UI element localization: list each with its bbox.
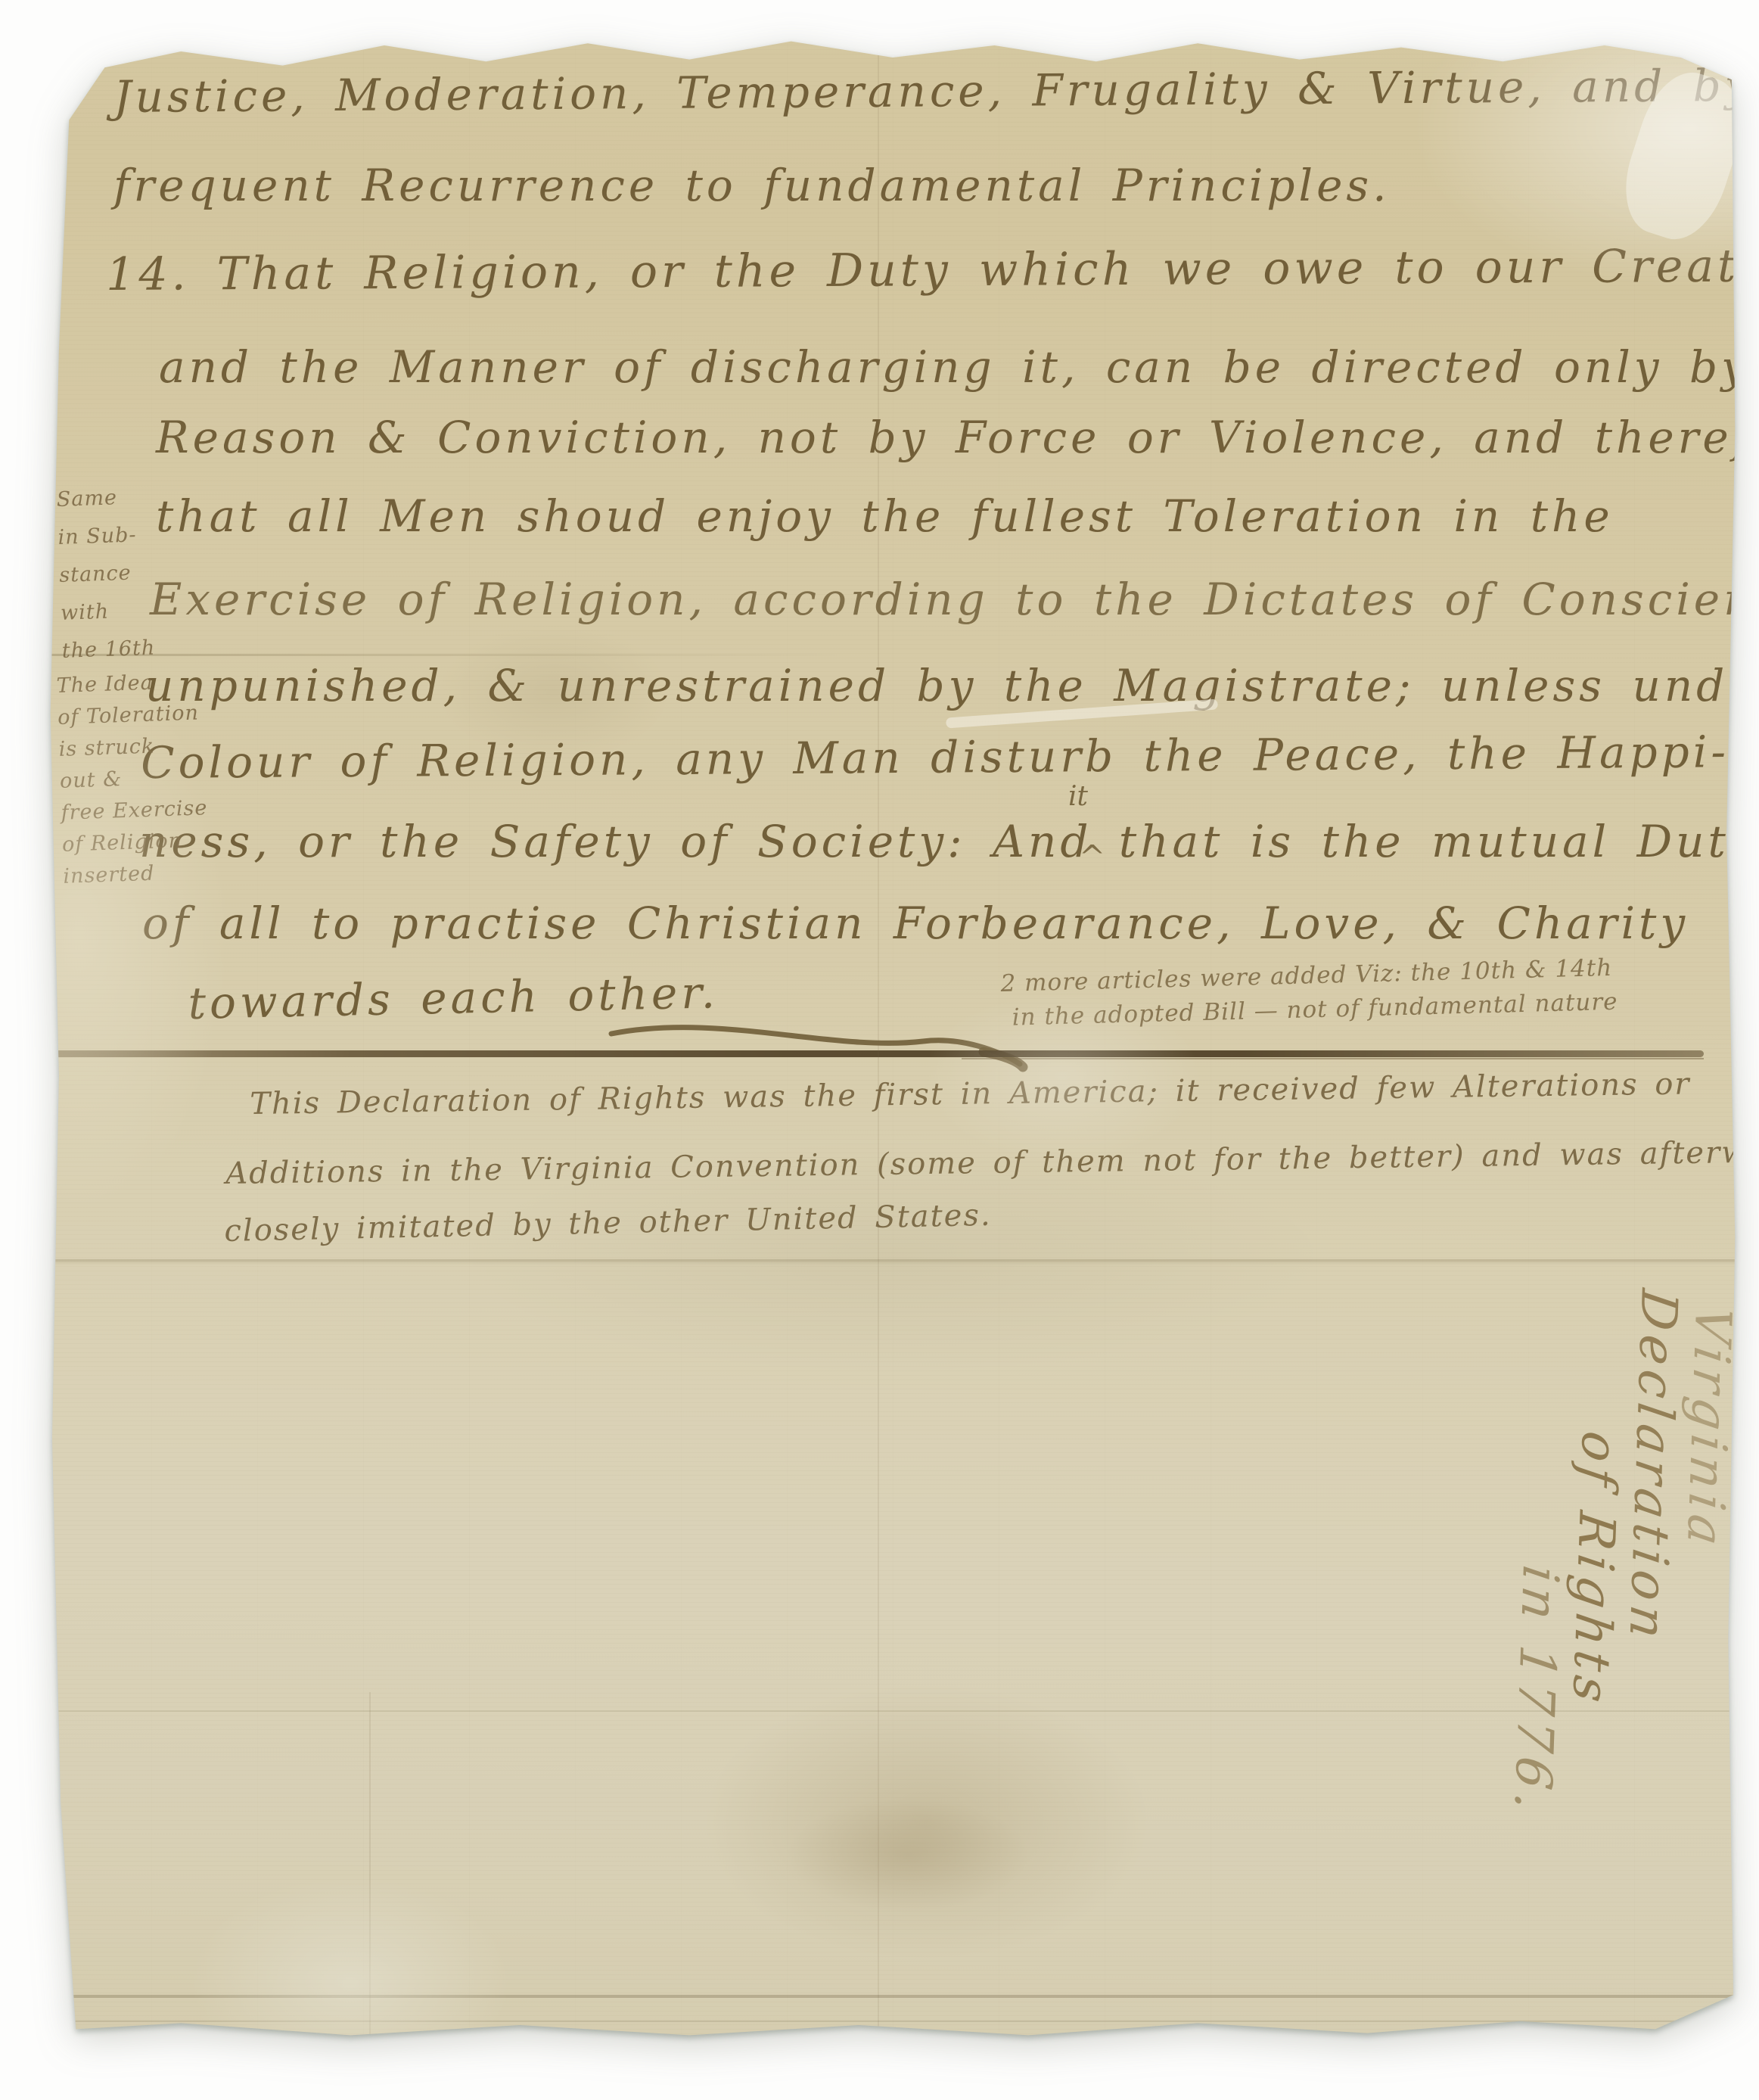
added-articles-note: 2 more articles were added Viz: the 10th… <box>1000 951 1618 1035</box>
docket-title: Virginia Declaration of Rights in 1776. <box>1497 1277 1741 1769</box>
margin-note-toleration: The Idea of Toleration is struck out & f… <box>56 665 210 893</box>
caret-inserted-word: it <box>1068 781 1088 812</box>
margin-note-line: the 16th <box>61 630 156 670</box>
margin-note-line: is struck <box>58 729 206 766</box>
manuscript-line: frequent Recurrence to fundamental Princ… <box>113 160 1391 211</box>
manuscript-sheet-wrap: Justice, Moderation, Temperance, Frugali… <box>45 27 1740 2043</box>
margin-note-line: of Toleration <box>57 697 204 734</box>
margin-note-line: The Idea <box>56 665 204 702</box>
margin-note-line: in Sub- <box>57 516 152 557</box>
margin-note-line: Same <box>56 478 151 519</box>
margin-note-same-substance: Same in Sub- stance with the 16th <box>56 478 156 670</box>
manuscript-line: Colour of Religion, any Man disturb the … <box>141 726 1729 789</box>
fold-crease-horizontal <box>45 1995 1740 1998</box>
margin-note-line: stance <box>58 554 153 595</box>
manuscript-line: 14. That Religion, or the Duty which we … <box>106 239 1759 301</box>
manuscript-line: that all Men shoud enjoy the fullest Tol… <box>156 490 1614 542</box>
margin-note-line: out & <box>59 761 207 798</box>
fold-crease-horizontal <box>45 654 859 656</box>
fold-crease-horizontal <box>45 1710 1740 1712</box>
fold-crease-vertical <box>369 1692 371 2040</box>
margin-note-line: inserted <box>63 856 210 893</box>
manuscript-line: Reason & Conviction, not by Force or Vio… <box>156 412 1759 463</box>
manuscript-line: Exercise of Religion, according to the D… <box>150 574 1759 625</box>
footer-commentary-line: Additions in the Virginia Convention (so… <box>225 1134 1759 1191</box>
fold-crease-horizontal <box>45 1259 1740 1262</box>
scanner-background: Justice, Moderation, Temperance, Frugali… <box>0 0 1759 2100</box>
manuscript-page: Justice, Moderation, Temperance, Frugali… <box>45 27 1740 2043</box>
fold-crease-horizontal <box>45 2021 1740 2022</box>
manuscript-line: and the Manner of discharging it, can be… <box>159 341 1750 393</box>
manuscript-line: Justice, Moderation, Temperance, Frugali… <box>113 60 1754 123</box>
margin-note-line: with <box>60 592 154 633</box>
ink-separator-rule <box>54 1050 1704 1057</box>
footer-commentary-line: closely imitated by the other United Sta… <box>224 1198 992 1249</box>
manuscript-line: unpunished, & unrestrained by the Magist… <box>145 660 1759 711</box>
manuscript-line: ness, or the Safety of Society: And that… <box>139 816 1758 867</box>
caret-mark: ^ <box>1079 838 1105 876</box>
manuscript-line: of all to practise Christian Forbearance… <box>142 898 1689 949</box>
stain <box>787 1798 1029 1912</box>
margin-note-line: of Religion <box>61 824 209 861</box>
margin-note-line: free Exercise <box>61 792 208 829</box>
pen-flourish <box>605 1008 1029 1076</box>
